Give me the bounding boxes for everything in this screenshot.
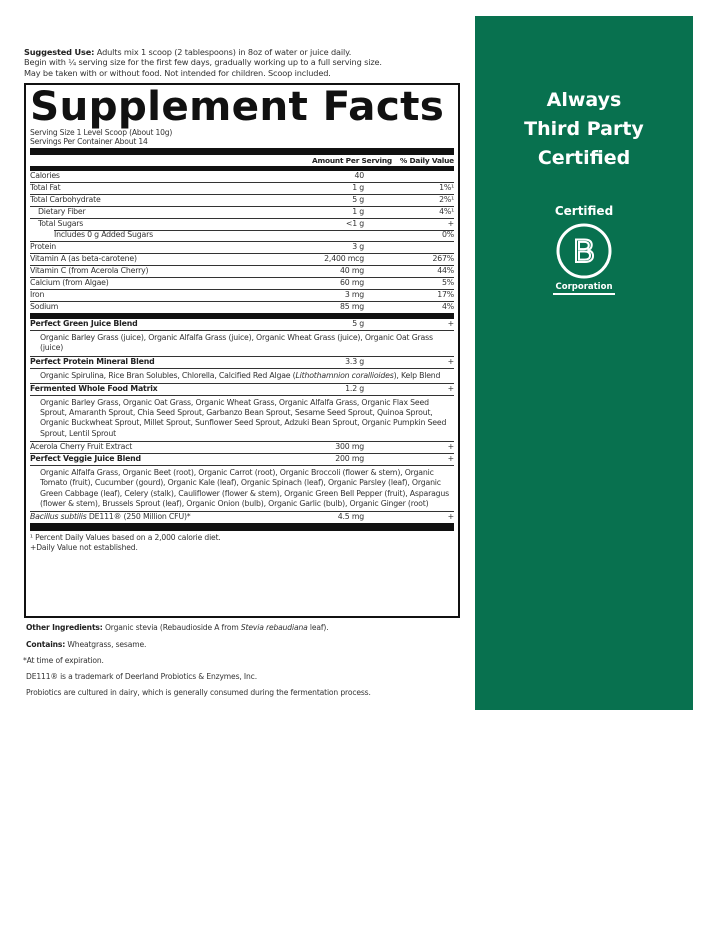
trademark-note: DE111® is a trademark of Deerland Probio…: [26, 672, 466, 682]
nutrient-daily-value: [392, 242, 454, 253]
suggested-use-label: Suggested Use:: [24, 47, 94, 57]
blend-amount: 4.5 mg: [274, 512, 392, 523]
table-row: Perfect Veggie Juice Blend200 mg+: [30, 453, 454, 465]
blend-amount: 200 mg: [274, 454, 392, 465]
supplement-facts-title: Supplement Facts: [30, 84, 454, 128]
nutrient-daily-value: 267%: [392, 254, 454, 265]
nutrient-daily-value: 17%: [392, 290, 454, 301]
nutrient-amount: [274, 230, 392, 241]
nutrient-name: Protein: [30, 242, 274, 253]
blend-name: Perfect Green Juice Blend: [30, 319, 274, 330]
table-row: Vitamin A (as beta-carotene)2,400 mcg267…: [30, 253, 454, 265]
nutrient-amount: 2,400 mcg: [274, 254, 392, 265]
table-row: Dietary Fiber1 g4%¹: [30, 206, 454, 218]
probiotics-note: Probiotics are cultured in dairy, which …: [26, 688, 466, 698]
blend-daily-value: +: [392, 384, 454, 395]
nutrient-name: Vitamin A (as beta-carotene): [30, 254, 274, 265]
nutrient-daily-value: +: [392, 219, 454, 230]
nutrient-list: Calories40Total Fat1 g1%¹Total Carbohydr…: [30, 171, 454, 313]
nutrient-amount: 3 g: [274, 242, 392, 253]
nutrient-amount: <1 g: [274, 219, 392, 230]
nutrient-daily-value: 4%: [392, 302, 454, 313]
nutrient-daily-value: 0%: [392, 230, 454, 241]
table-header: Amount Per Serving % Daily Value: [30, 155, 454, 166]
blend-name-italic: Bacillus subtilis: [30, 512, 87, 521]
nutrient-amount: 3 mg: [274, 290, 392, 301]
table-row: Vitamin C (from Acerola Cherry)40 mg44%: [30, 265, 454, 277]
nutrient-amount: 85 mg: [274, 302, 392, 313]
blend-daily-value: +: [392, 454, 454, 465]
table-row: Perfect Protein Mineral Blend3.3 g+: [30, 356, 454, 368]
blend-name: Perfect Veggie Juice Blend: [30, 454, 274, 465]
nutrient-daily-value: 4%¹: [392, 207, 454, 218]
nutrient-name: Calcium (from Algae): [30, 278, 274, 289]
svg-text:B: B: [573, 233, 594, 269]
suggested-use: Suggested Use: Adults mix 1 scoop (2 tab…: [24, 47, 464, 78]
nutrient-amount: 1 g: [274, 207, 392, 218]
third-party-certified-heading: Always Third Party Certified: [475, 86, 693, 173]
nutrient-name: Total Fat: [30, 183, 274, 194]
certification-panel: Always Third Party Certified Certified B…: [475, 16, 693, 710]
nutrient-name: Vitamin C (from Acerola Cherry): [30, 266, 274, 277]
blend-ingredients: Organic Alfalfa Grass, Organic Beet (roo…: [30, 465, 454, 511]
table-row: Protein3 g: [30, 241, 454, 253]
table-row: Perfect Green Juice Blend5 g+: [30, 319, 454, 330]
blend-name: Fermented Whole Food Matrix: [30, 384, 274, 395]
table-row: Bacillus subtilis DE111® (250 Million CF…: [30, 511, 454, 523]
nutrient-daily-value: 5%: [392, 278, 454, 289]
blend-daily-value: +: [392, 442, 454, 453]
other-ingredients: Other Ingredients: Organic stevia (Rebau…: [26, 623, 466, 633]
nutrient-daily-value: 2%¹: [392, 195, 454, 206]
blend-list: Perfect Green Juice Blend5 g+Organic Bar…: [30, 319, 454, 523]
table-row: Total Fat1 g1%¹: [30, 182, 454, 194]
supplement-facts-panel: Supplement Facts Serving Size 1 Level Sc…: [24, 83, 460, 618]
blend-ingredients: Organic Spirulina, Rice Bran Solubles, C…: [30, 368, 454, 383]
divider: [553, 293, 615, 295]
nutrient-daily-value: 1%¹: [392, 183, 454, 194]
table-row: Includes 0 g Added Sugars0%: [30, 230, 454, 241]
nutrient-name: Iron: [30, 290, 274, 301]
blend-daily-value: +: [392, 319, 454, 330]
table-row: Calories40: [30, 171, 454, 182]
blend-amount: 5 g: [274, 319, 392, 330]
nutrient-amount: 60 mg: [274, 278, 392, 289]
nutrient-daily-value: 44%: [392, 266, 454, 277]
blend-amount: 300 mg: [274, 442, 392, 453]
footnote-dv: ¹ Percent Daily Values based on a 2,000 …: [30, 531, 454, 543]
footnote-not-established: +Daily Value not established.: [30, 543, 454, 553]
b-corp-badge: Certified B Corporation: [535, 204, 633, 314]
nutrient-name: Sodium: [30, 302, 274, 313]
nutrient-daily-value: [392, 171, 454, 182]
divider: [30, 148, 454, 155]
contains-allergens: Contains: Wheatgrass, sesame.: [26, 640, 466, 650]
table-row: Total Sugars<1 g+: [30, 218, 454, 230]
nutrient-amount: 40: [274, 171, 392, 182]
table-row: Sodium85 mg4%: [30, 301, 454, 313]
table-row: Total Carbohydrate5 g2%¹: [30, 194, 454, 206]
blend-name: Bacillus subtilis DE111® (250 Million CF…: [30, 512, 274, 523]
ingredients-italic: Lithothamnion corallioides: [296, 371, 394, 380]
nutrient-amount: 5 g: [274, 195, 392, 206]
blend-amount: 3.3 g: [274, 357, 392, 368]
blend-ingredients: Organic Barley Grass (juice), Organic Al…: [30, 330, 454, 356]
nutrient-name: Total Carbohydrate: [30, 195, 274, 206]
divider: [30, 523, 454, 531]
nutrient-name: Dietary Fiber: [30, 207, 274, 218]
table-row: Calcium (from Algae)60 mg5%: [30, 277, 454, 289]
nutrient-amount: 40 mg: [274, 266, 392, 277]
ingredients-text: Organic Spirulina, Rice Bran Solubles, C…: [40, 371, 296, 380]
blend-name: Perfect Protein Mineral Blend: [30, 357, 274, 368]
b-corp-logo-icon: B: [555, 222, 613, 280]
nutrient-name: Total Sugars: [30, 219, 274, 230]
servings-per-container: Servings Per Container About 14: [30, 137, 454, 146]
nutrient-name: Includes 0 g Added Sugars: [30, 230, 274, 241]
table-row: Iron3 mg17%: [30, 289, 454, 301]
blend-name: Acerola Cherry Fruit Extract: [30, 442, 274, 453]
blend-daily-value: +: [392, 357, 454, 368]
nutrient-name: Calories: [30, 171, 274, 182]
ingredients-text: ), Kelp Blend: [394, 371, 441, 380]
blend-daily-value: +: [392, 512, 454, 523]
table-row: Fermented Whole Food Matrix1.2 g+: [30, 383, 454, 395]
table-row: Acerola Cherry Fruit Extract300 mg+: [30, 441, 454, 453]
blend-name-rest: DE111® (250 Million CFU)*: [87, 512, 191, 521]
blend-amount: 1.2 g: [274, 384, 392, 395]
nutrient-amount: 1 g: [274, 183, 392, 194]
expiration-note: *At time of expiration.: [23, 656, 463, 666]
blend-ingredients: Organic Barley Grass, Organic Oat Grass,…: [30, 395, 454, 441]
